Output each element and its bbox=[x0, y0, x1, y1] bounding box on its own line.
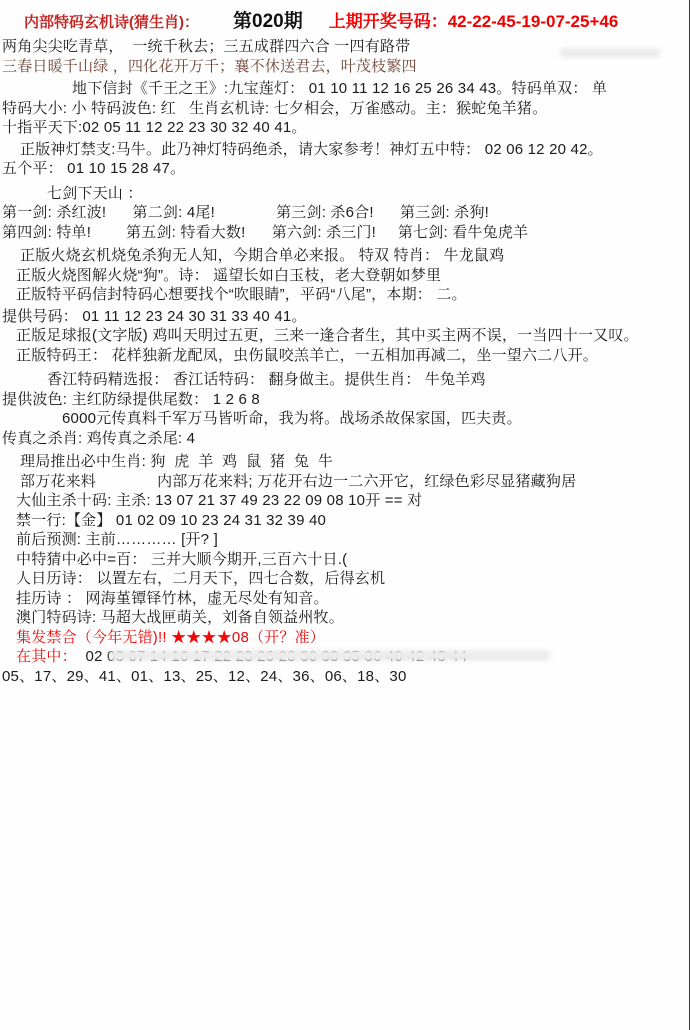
line-text: 集发禁合（今年无错)!! ★★★★08（开？准） bbox=[16, 629, 325, 646]
text-line: 香江特码精选报： 香江话特码： 翻身做主。提供生肖： 牛兔羊鸡 bbox=[2, 370, 687, 390]
text-line: 三春日暖千山绿 ，四化花开万千；襄不休送君去，叶茂枝繁四 bbox=[2, 57, 687, 77]
text-line: 禁一行:【金】 01 02 09 10 23 24 31 32 39 40 bbox=[2, 511, 687, 531]
text-line: 正版特码王： 花样独新龙配凤，虫伤鼠咬羔羊亡，一五相加再减二，坐一望六二八开。 bbox=[2, 346, 687, 366]
text-line: 理局推出必中生肖: 狗 虎 羊 鸡 鼠 猪 兔 牛 bbox=[2, 452, 687, 472]
text-line: 地下信封《千王之王》:九宝莲灯： 01 10 11 12 16 25 26 34… bbox=[2, 79, 687, 99]
text-line: 澳门特码诗: 马超大战匣萌关，刘备自领益州牧。 bbox=[2, 608, 687, 628]
line-text: 正版足球报(文字版) 鸡叫天明过五更，三来一逢合者生，其中买主两不误，一当四十一… bbox=[16, 327, 639, 344]
line-text: 正版火烧玄机烧兔杀狗无人知，今期合单必来报。 特双 特肖： 牛龙鼠鸡 bbox=[20, 247, 504, 264]
text-line: 部万花来料 内部万花来料; 万花开右边一二六开它，红绿色彩尽显猪藏狗居 bbox=[2, 472, 687, 492]
line-prefix: 在其中： bbox=[16, 648, 77, 665]
text-line: 人日历诗： 以置左右，二月天下，四七合数，后得玄机 bbox=[2, 569, 687, 589]
line-text: 提供号码： 01 11 12 23 24 30 31 33 40 41。 bbox=[2, 308, 307, 325]
text-line: 挂历诗 ： 网海堇镡铎竹林，虚无尽处有知音。 bbox=[2, 589, 687, 609]
text-line: 6000元传真料千军万马皆听命，我为将。战场杀故保家国，匹夫责。 bbox=[2, 409, 687, 429]
text-line: 传真之杀肖: 鸡传真之杀尾: 4 bbox=[2, 429, 687, 449]
issue-number: 第020期 bbox=[233, 6, 303, 33]
line-text: 中特猜中必中=百： 三并大顺今期开,三百六十日.( bbox=[16, 551, 347, 568]
line-text: 正版特平码信封特码心想要找个“吹眼睛”，平码“八尾”，本期： 二。 bbox=[16, 286, 467, 303]
line-text: 挂历诗 ： 网海堇镡铎竹林，虚无尽处有知音。 bbox=[16, 590, 329, 607]
text-line: 正版神灯禁支:马牛。此乃神灯特码绝杀，请大家参考！神灯五中特： 02 06 12… bbox=[2, 140, 687, 160]
text-line: 提供波色: 主红防绿提供尾数： 1 2 6 8 bbox=[2, 390, 687, 410]
line-text: 正版神灯禁支:马牛。此乃神灯特码绝杀，请大家参考！神灯五中特： 02 06 12… bbox=[20, 141, 603, 158]
text-line: 提供号码： 01 11 12 23 24 30 31 33 40 41。 bbox=[2, 307, 687, 327]
line-text: 部万花来料 内部万花来料; 万花开右边一二六开它，红绿色彩尽显猪藏狗居 bbox=[20, 473, 576, 490]
text-line: 中特猜中必中=百： 三并大顺今期开,三百六十日.( bbox=[2, 550, 687, 570]
line-text: 十指平天下:02 05 11 12 22 23 30 32 40 41。 bbox=[2, 119, 307, 136]
line-text: 禁一行:【金】 01 02 09 10 23 24 31 32 39 40 bbox=[16, 512, 326, 529]
line-text: 前后预测: 主前………… [开? ] bbox=[16, 531, 218, 548]
line-text: 两角尖尖吃青草， 一统千秋去；三五成群四六合 一四有路带 bbox=[2, 38, 410, 55]
line-text: 正版火烧图解火烧“狗”。诗： 遥望长如白玉枝，老大登朝如梦里 bbox=[16, 267, 441, 284]
line-text: 五个平： 01 10 15 28 47。 bbox=[2, 160, 185, 177]
text-line: 正版火烧图解火烧“狗”。诗： 遥望长如白玉枝，老大登朝如梦里 bbox=[2, 266, 687, 286]
text-line: 大仙主杀十码: 主杀: 13 07 21 37 49 23 22 09 08 1… bbox=[2, 491, 687, 511]
text-line: 十指平天下:02 05 11 12 22 23 30 32 40 41。 bbox=[2, 118, 687, 138]
watermark-top bbox=[560, 48, 660, 58]
line-text: 传真之杀肖: 鸡传真之杀尾: 4 bbox=[2, 430, 195, 447]
content-lines: 两角尖尖吃青草， 一统千秋去；三五成群四六合 一四有路带三春日暖千山绿 ，四化花… bbox=[0, 35, 689, 686]
text-line: 特码大小: 小 特码波色: 红 生肖玄机诗: 七夕相会，万雀感动。主：猴蛇兔羊猪… bbox=[2, 99, 687, 119]
text-line: 第一剑: 杀红波! 第二剑: 4尾! 第三剑: 杀6合! 第三剑: 杀狗! bbox=[2, 203, 687, 223]
last-draw-numbers: 上期开奖号码：42-22-45-19-07-25+46 bbox=[329, 7, 619, 32]
line-text: 澳门特码诗: 马超大战匣萌关，刘备自领益州牧。 bbox=[16, 609, 344, 626]
text-line: 正版火烧玄机烧兔杀狗无人知，今期合单必来报。 特双 特肖： 牛龙鼠鸡 bbox=[2, 246, 687, 266]
line-text: 正版特码王： 花样独新龙配凤，虫伤鼠咬羔羊亡，一五相加再减二，坐一望六二八开。 bbox=[16, 347, 598, 364]
line-text: 三春日暖千山绿 ，四化花开万千；襄不休送君去，叶茂枝繁四 bbox=[2, 58, 417, 75]
lottery-tip-sheet: 内部特码玄机诗(猜生肖)： 第020期 上期开奖号码：42-22-45-19-0… bbox=[0, 0, 690, 1030]
text-line: 五个平： 01 10 15 28 47。 bbox=[2, 159, 687, 179]
line-text: 地下信封《千王之王》:九宝莲灯： 01 10 11 12 16 25 26 34… bbox=[72, 80, 607, 97]
line-text: 大仙主杀十码: 主杀: 13 07 21 37 49 23 22 09 08 1… bbox=[16, 492, 422, 509]
sheet-title: 内部特码玄机诗(猜生肖)： bbox=[24, 11, 199, 32]
line-text: 第一剑: 杀红波! 第二剑: 4尾! 第三剑: 杀6合! 第三剑: 杀狗! bbox=[2, 204, 489, 221]
text-line: 七剑下天山 ： bbox=[2, 184, 687, 204]
page-header: 内部特码玄机诗(猜生肖)： 第020期 上期开奖号码：42-22-45-19-0… bbox=[0, 0, 689, 35]
line-text: 特码大小: 小 特码波色: 红 生肖玄机诗: 七夕相会，万雀感动。主：猴蛇兔羊猪… bbox=[2, 100, 547, 117]
text-line: 集发禁合（今年无错)!! ★★★★08（开？准） bbox=[2, 628, 687, 648]
text-line: 正版足球报(文字版) 鸡叫天明过五更，三来一逢合者生，其中买主两不误，一当四十一… bbox=[2, 326, 687, 346]
text-line: 正版特平码信封特码心想要找个“吹眼睛”，平码“八尾”，本期： 二。 bbox=[2, 285, 687, 305]
text-line: 前后预测: 主前………… [开? ] bbox=[2, 530, 687, 550]
line-text: 七剑下天山 ： bbox=[47, 185, 143, 202]
line-text: 提供波色: 主红防绿提供尾数： 1 2 6 8 bbox=[2, 391, 260, 408]
watermark-bottom bbox=[110, 650, 550, 661]
text-line: 第四剑: 特单! 第五剑: 特看大数! 第六剑: 杀三门! 第七剑: 看牛兔虎羊 bbox=[2, 223, 687, 243]
line-text: 05、17、29、41、01、13、25、12、24、36、06、18、30 bbox=[2, 668, 407, 685]
line-text: 第四剑: 特单! 第五剑: 特看大数! 第六剑: 杀三门! 第七剑: 看牛兔虎羊 bbox=[2, 224, 528, 241]
line-text: 香江特码精选报： 香江话特码： 翻身做主。提供生肖： 牛兔羊鸡 bbox=[47, 371, 486, 388]
line-text: 人日历诗： 以置左右，二月天下，四七合数，后得玄机 bbox=[16, 570, 385, 587]
line-text: 理局推出必中生肖: 狗 虎 羊 鸡 鼠 猪 兔 牛 bbox=[20, 453, 333, 470]
text-line: 05、17、29、41、01、13、25、12、24、36、06、18、30 bbox=[2, 667, 687, 687]
line-text: 6000元传真料千军万马皆听命，我为将。战场杀故保家国，匹夫责。 bbox=[62, 410, 522, 427]
